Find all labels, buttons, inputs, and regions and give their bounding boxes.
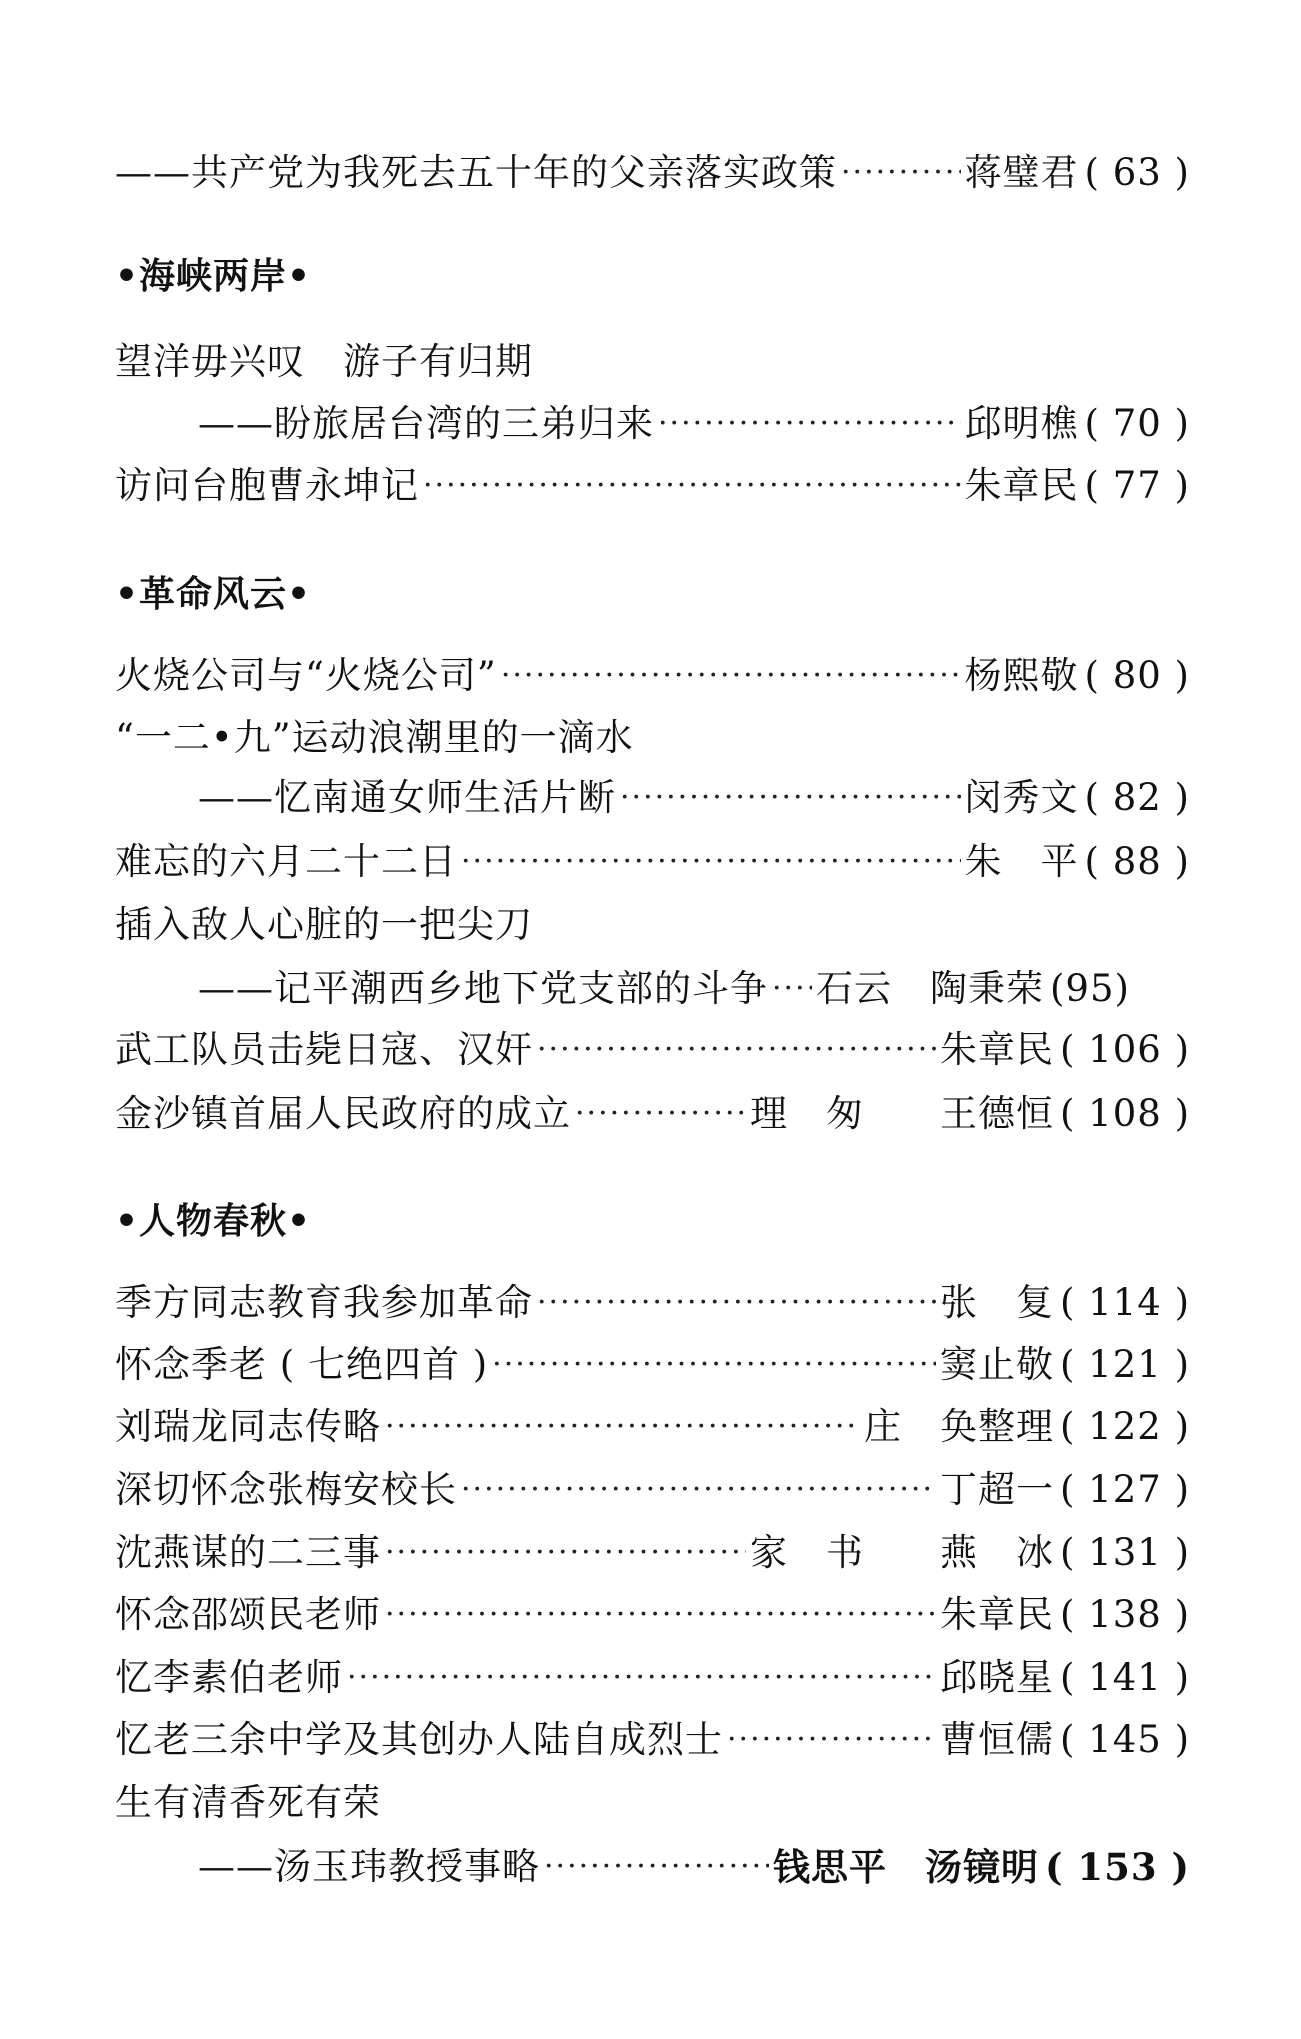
entry-subtitle: ——汤玉玮教授事略	[198, 1842, 540, 1892]
entry-title: 深切怀念张梅安校长	[115, 1465, 457, 1515]
toc-entry[interactable]: ——汤玉玮教授事略 钱思平 汤镜明 ( 153 )	[198, 1842, 1190, 1892]
dot-leader	[492, 1340, 936, 1390]
toc-entry[interactable]: ——盼旅居台湾的三弟归来 邱明樵 ( 70 )	[198, 399, 1190, 449]
entry-page: ( 153 )	[1045, 1842, 1190, 1892]
entry-author: 石云 陶秉荣	[816, 964, 1044, 1014]
entry-subtitle: ——记平潮西乡地下党支部的斗争	[198, 964, 768, 1014]
toc-entry-title-only[interactable]: “一二•九”运动浪潮里的一滴水	[115, 713, 1190, 763]
dot-leader	[537, 1278, 936, 1328]
section-heading-cross-strait: •海峡两岸•	[115, 252, 1190, 302]
toc-entry-title-only[interactable]: 望洋毋兴叹 游子有归期	[115, 337, 1190, 387]
toc-entry[interactable]: 访问台胞曹永坤记 朱章民 ( 77 )	[115, 461, 1190, 511]
dot-leader	[537, 1025, 936, 1075]
entry-page: ( 63 )	[1085, 148, 1190, 198]
entry-author: 丁超一	[940, 1465, 1054, 1515]
dot-leader	[544, 1842, 769, 1892]
entry-title: 怀念季老 ( 七绝四首 )	[115, 1340, 488, 1390]
entry-page: (95)	[1050, 964, 1130, 1014]
dot-leader	[658, 399, 961, 449]
entry-subtitle: ——共产党为我死去五十年的父亲落实政策	[115, 148, 837, 198]
entry-author: 钱思平 汤镜明	[773, 1842, 1039, 1892]
dot-leader	[772, 964, 812, 1014]
toc-entry[interactable]: 金沙镇首届人民政府的成立 理 匆 王德恒 ( 108 )	[115, 1089, 1190, 1139]
dot-leader	[727, 1715, 936, 1765]
toc-entry-title-only[interactable]: 生有清香死有荣	[115, 1778, 1190, 1828]
entry-page: ( 127 )	[1060, 1465, 1190, 1515]
toc-entry[interactable]: 武工队员击毙日寇、汉奸 朱章民 ( 106 )	[115, 1025, 1190, 1075]
entry-author: 邱明樵	[965, 399, 1079, 449]
toc-entry[interactable]: ——忆南通女师生活片断 闵秀文 ( 82 )	[198, 773, 1190, 823]
toc-entry[interactable]: 深切怀念张梅安校长 丁超一 ( 127 )	[115, 1465, 1190, 1515]
toc-entry[interactable]: 怀念邵颂民老师 朱章民 ( 138 )	[115, 1590, 1190, 1640]
section-heading-revolution: •革命风云•	[115, 570, 1190, 620]
dot-leader	[575, 1089, 746, 1139]
entry-author: 蒋璧君	[965, 148, 1079, 198]
entry-author: 邱晓星	[940, 1653, 1054, 1703]
entry-subtitle: ——盼旅居台湾的三弟归来	[198, 399, 654, 449]
toc-entry[interactable]: 忆老三余中学及其创办人陆自成烈士 曹恒儒 ( 145 )	[115, 1715, 1190, 1765]
entry-page: ( 77 )	[1085, 461, 1190, 511]
entry-page: ( 122 )	[1060, 1402, 1190, 1452]
entry-author: 家 书 燕 冰	[750, 1528, 1054, 1578]
entry-title: 火烧公司与“火烧公司”	[115, 651, 497, 701]
entry-author: 庄 奂整理	[864, 1402, 1054, 1452]
entry-author: 杨熙敬	[965, 651, 1079, 701]
toc-entry[interactable]: ——记平潮西乡地下党支部的斗争 石云 陶秉荣 (95)	[198, 964, 1190, 1014]
entry-author: 朱章民	[940, 1025, 1054, 1075]
entry-title: 望洋毋兴叹 游子有归期	[115, 337, 533, 387]
entry-author: 张 复	[940, 1278, 1054, 1328]
toc-entry[interactable]: 难忘的六月二十二日 朱 平 ( 88 )	[115, 837, 1190, 887]
dot-leader	[461, 837, 961, 887]
entry-title: 金沙镇首届人民政府的成立	[115, 1089, 571, 1139]
dot-leader	[461, 1465, 936, 1515]
entry-title: 生有清香死有荣	[115, 1778, 381, 1828]
entry-subtitle: ——忆南通女师生活片断	[198, 773, 616, 823]
entry-page: ( 121 )	[1060, 1340, 1190, 1390]
entry-page: ( 138 )	[1060, 1590, 1190, 1640]
dot-leader	[385, 1590, 936, 1640]
entry-author: 闵秀文	[965, 773, 1079, 823]
toc-entry[interactable]: 沈燕谋的二三事 家 书 燕 冰 ( 131 )	[115, 1528, 1190, 1578]
entry-title: “一二•九”运动浪潮里的一滴水	[115, 713, 634, 763]
dot-leader	[385, 1528, 746, 1578]
entry-page: ( 70 )	[1085, 399, 1190, 449]
dot-leader	[423, 461, 961, 511]
section-heading-biographies: •人物春秋•	[115, 1197, 1190, 1247]
toc-entry[interactable]: 忆李素伯老师 邱晓星 ( 141 )	[115, 1653, 1190, 1703]
entry-title: 插入敌人心脏的一把尖刀	[115, 900, 533, 950]
entry-title: 季方同志教育我参加革命	[115, 1278, 533, 1328]
entry-page: ( 114 )	[1060, 1278, 1190, 1328]
toc-entry[interactable]: 火烧公司与“火烧公司” 杨熙敬 ( 80 )	[115, 651, 1190, 701]
entry-title: 难忘的六月二十二日	[115, 837, 457, 887]
entry-title: 访问台胞曹永坤记	[115, 461, 419, 511]
entry-author: 朱章民	[965, 461, 1079, 511]
entry-author: 理 匆 王德恒	[750, 1089, 1054, 1139]
entry-page: ( 106 )	[1060, 1025, 1190, 1075]
dot-leader	[620, 773, 961, 823]
toc-entry-continuation[interactable]: ——共产党为我死去五十年的父亲落实政策 蒋璧君 ( 63 )	[115, 148, 1190, 198]
entry-page: ( 88 )	[1085, 837, 1190, 887]
toc-entry-title-only[interactable]: 插入敌人心脏的一把尖刀	[115, 900, 1190, 950]
toc-entry[interactable]: 怀念季老 ( 七绝四首 ) 窦止敬 ( 121 )	[115, 1340, 1190, 1390]
entry-title: 忆李素伯老师	[115, 1653, 343, 1703]
entry-page: ( 141 )	[1060, 1653, 1190, 1703]
dot-leader	[347, 1653, 936, 1703]
entry-page: ( 108 )	[1060, 1089, 1190, 1139]
dot-leader	[841, 148, 961, 198]
dot-leader	[385, 1402, 860, 1452]
entry-title: 怀念邵颂民老师	[115, 1590, 381, 1640]
toc-entry[interactable]: 刘瑞龙同志传略 庄 奂整理 ( 122 )	[115, 1402, 1190, 1452]
entry-author: 朱 平	[965, 837, 1079, 887]
entry-author: 窦止敬	[940, 1340, 1054, 1390]
entry-page: ( 82 )	[1085, 773, 1190, 823]
entry-page: ( 145 )	[1060, 1715, 1190, 1765]
entry-title: 沈燕谋的二三事	[115, 1528, 381, 1578]
toc-entry[interactable]: 季方同志教育我参加革命 张 复 ( 114 )	[115, 1278, 1190, 1328]
entry-page: ( 131 )	[1060, 1528, 1190, 1578]
dot-leader	[501, 651, 961, 701]
entry-page: ( 80 )	[1085, 651, 1190, 701]
entry-title: 忆老三余中学及其创办人陆自成烈士	[115, 1715, 723, 1765]
entry-title: 刘瑞龙同志传略	[115, 1402, 381, 1452]
entry-title: 武工队员击毙日寇、汉奸	[115, 1025, 533, 1075]
entry-author: 曹恒儒	[940, 1715, 1054, 1765]
entry-author: 朱章民	[940, 1590, 1054, 1640]
